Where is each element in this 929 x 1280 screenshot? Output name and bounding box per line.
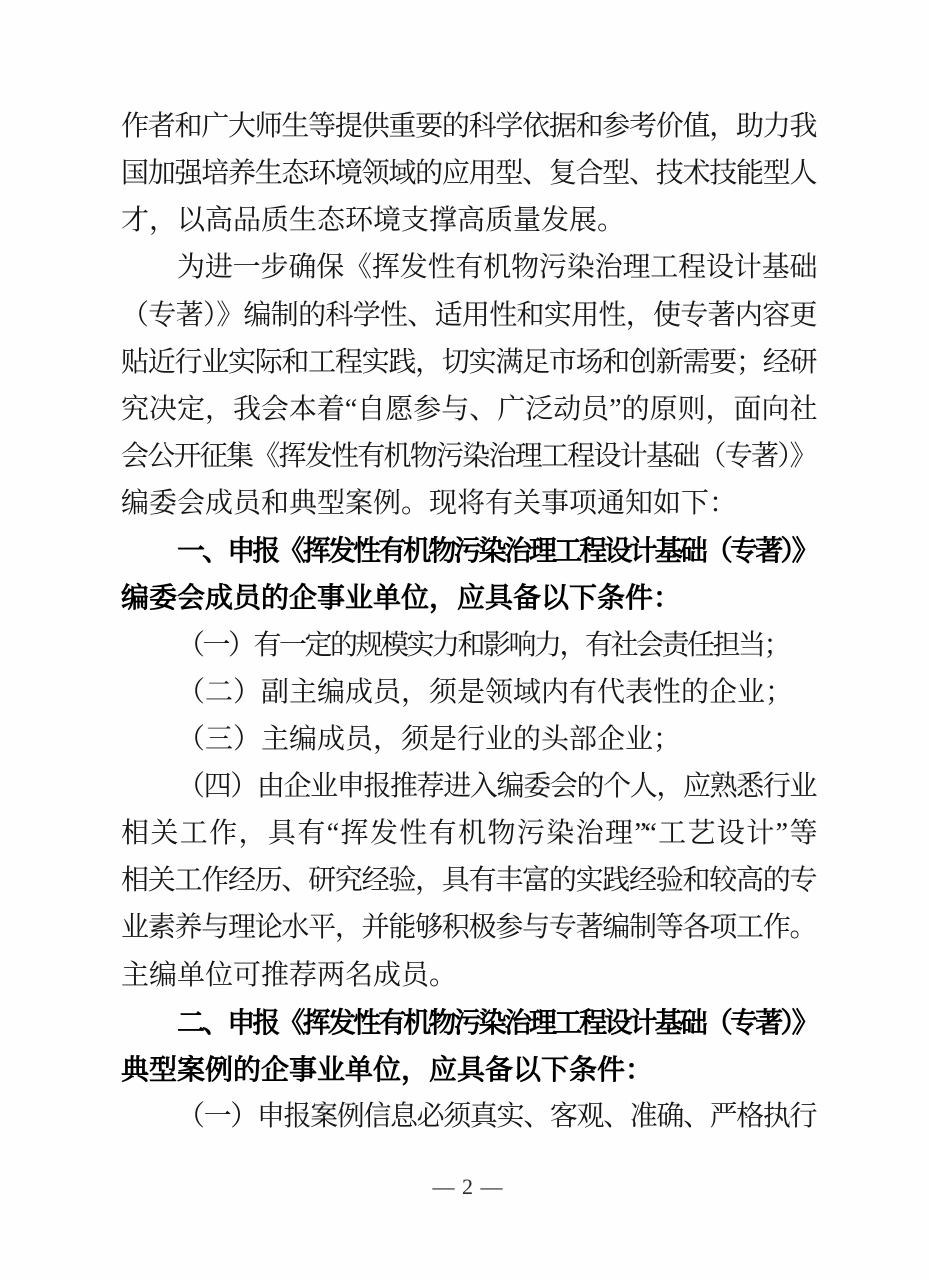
text-line: 贴近行业实际和工程实践，切实满足市场和创新需要；经研 (121, 339, 815, 386)
text-line: 业素养与理论水平，并能够积极参与专著编制等各项工作。 (121, 904, 815, 951)
text-line: （三）主编成员，须是行业的头部企业； (121, 716, 815, 763)
text-line: 相关工作经历、研究经验，具有丰富的实践经验和较高的专 (121, 857, 815, 904)
text-line: 才，以高品质生态环境支撑高质量发展。 (121, 197, 815, 244)
text-line: 主编单位可推荐两名成员。 (121, 952, 815, 999)
text-line: 相关工作，具有“挥发性有机物污染治理”“工艺设计”等 (121, 810, 815, 857)
text-line: 国加强培养生态环境领域的应用型、复合型、技术技能型人 (121, 150, 815, 197)
section-heading: 二、申报《挥发性有机物污染治理工程设计基础（专著）》 (121, 999, 815, 1046)
text-line: 作者和广大师生等提供重要的科学依据和参考价值，助力我 (121, 103, 815, 150)
text-line: 会公开征集《挥发性有机物污染治理工程设计基础（专著）》 (121, 433, 815, 480)
text-line: 究决定，我会本着“自愿参与、广泛动员”的原则，面向社 (121, 386, 815, 433)
text-line: （二）副主编成员，须是领域内有代表性的企业； (121, 669, 815, 716)
section-heading: 一、申报《挥发性有机物污染治理工程设计基础（专著）》 (121, 527, 815, 574)
section-heading: 编委会成员的企事业单位，应具备以下条件： (121, 574, 815, 621)
text-line: （四）由企业申报推荐进入编委会的个人，应熟悉行业 (121, 763, 815, 810)
text-line: （一）有一定的规模实力和影响力，有社会责任担当； (121, 622, 815, 669)
page-number: — 2 — (121, 1174, 815, 1200)
text-line: 为进一步确保《挥发性有机物污染治理工程设计基础 (121, 244, 815, 291)
section-heading: 典型案例的企事业单位，应具备以下条件： (121, 1046, 815, 1093)
document-body: 作者和广大师生等提供重要的科学依据和参考价值，助力我 国加强培养生态环境领域的应… (121, 103, 815, 1140)
document-page: 作者和广大师生等提供重要的科学依据和参考价值，助力我 国加强培养生态环境领域的应… (0, 0, 929, 1280)
text-line: 编委会成员和典型案例。现将有关事项通知如下： (121, 480, 815, 527)
text-line: （一）申报案例信息必须真实、客观、准确、严格执行 (121, 1093, 815, 1140)
text-line: （专著）》编制的科学性、适用性和实用性，使专著内容更 (121, 292, 815, 339)
